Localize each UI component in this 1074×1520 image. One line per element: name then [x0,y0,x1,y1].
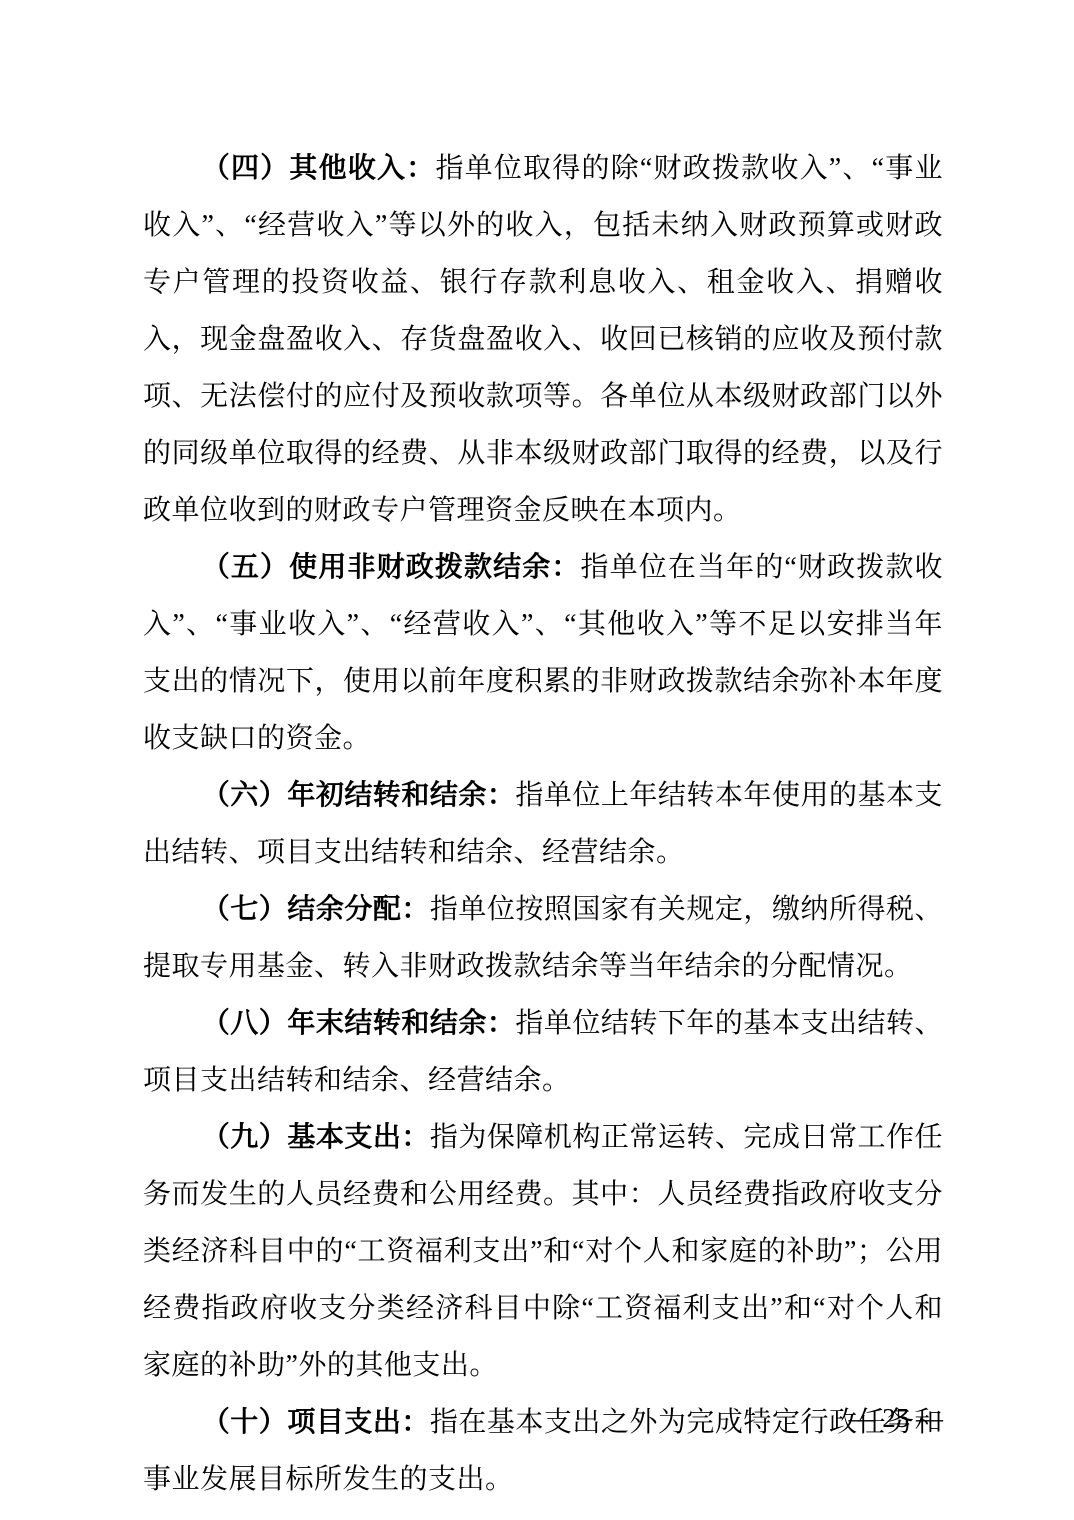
paragraph-lead: （八）年末结转和结余： [202,1008,516,1039]
paragraph-other-income: （四）其他收入：指单位取得的除“财政拨款收入”、“事业收入”、“经营收入”等以外… [143,140,943,539]
paragraph-basic-expenditure: （九）基本支出：指为保障机构正常运转、完成日常工作任务而发生的人员经费和公用经费… [143,1109,943,1394]
document-content: （四）其他收入：指单位取得的除“财政拨款收入”、“事业收入”、“经营收入”等以外… [143,140,943,1508]
paragraph-lead: （九）基本支出： [202,1122,430,1153]
paragraph-lead: （五）使用非财政拨款结余： [202,552,581,583]
paragraph-surplus-distribution: （七）结余分配：指单位按照国家有关规定，缴纳所得税、提取专用基金、转入非财政拨款… [143,881,943,995]
page-footer: — 25 — [143,1398,943,1438]
paragraph-use-nonfiscal-surplus: （五）使用非财政拨款结余：指单位在当年的“财政拨款收入”、“事业收入”、“经营收… [143,539,943,767]
paragraph-lead: （四）其他收入： [202,153,436,184]
paragraph-lead: （七）结余分配： [202,894,430,925]
paragraph-yearend-carryover: （八）年末结转和结余：指单位结转下年的基本支出结转、项目支出结转和结余、经营结余… [143,995,943,1109]
paragraph-lead: （六）年初结转和结余： [202,780,516,811]
paragraph-text: 指单位取得的除“财政拨款收入”、“事业收入”、“经营收入”等以外的收入，包括未纳… [143,153,943,526]
paragraph-beginning-carryover: （六）年初结转和结余：指单位上年结转本年使用的基本支出结转、项目支出结转和结余、… [143,767,943,881]
document-page: （四）其他收入：指单位取得的除“财政拨款收入”、“事业收入”、“经营收入”等以外… [0,0,1074,1520]
page-number: — 25 — [849,1403,944,1433]
paragraph-text: 指为保障机构正常运转、完成日常工作任务而发生的人员经费和公用经费。其中：人员经费… [143,1122,943,1381]
